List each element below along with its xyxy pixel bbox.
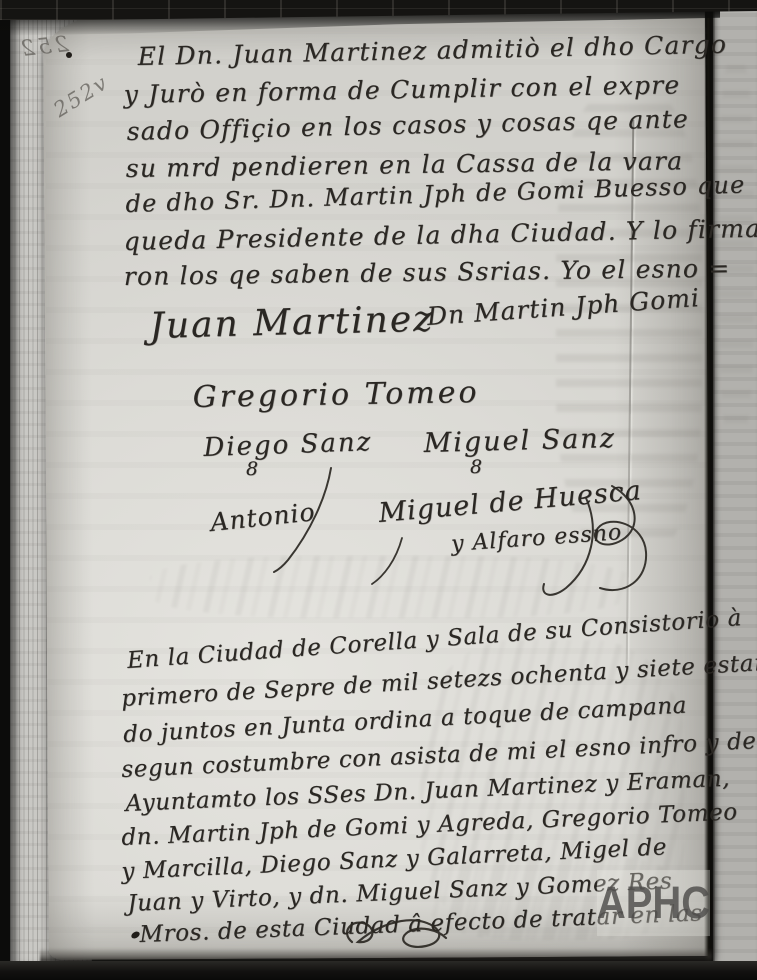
signature-rubric-mark: 8	[470, 456, 482, 478]
signature-gregorio-tomeo: Gregorio Tomeo	[192, 375, 479, 415]
book-bottom-shadow	[40, 948, 712, 962]
page-number-bleedthrough: 252	[17, 32, 70, 62]
signature-juan-martinez: Juan Martinez	[149, 299, 435, 347]
aphc-watermark-text: APHC	[597, 877, 710, 928]
signature-miguel-sanz: Miguel Sanz	[423, 423, 616, 459]
aphc-watermark: APHC	[597, 870, 710, 936]
ink-blot	[66, 52, 72, 58]
book-bottom-edge	[0, 961, 757, 980]
manuscript-photo: 252 252v El Dn. Juan Martinez admitiò el…	[0, 0, 757, 980]
signature-rubric-mark: 8	[246, 458, 258, 480]
signature-diego-sanz: Diego Sanz	[203, 427, 373, 463]
